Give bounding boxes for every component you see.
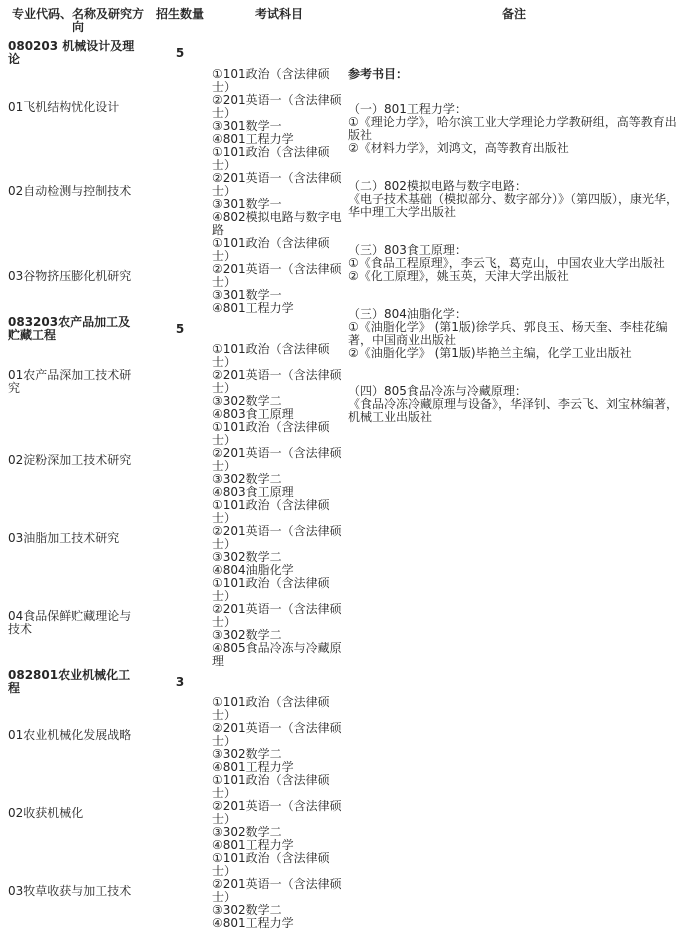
direction-enrollment-empty: [148, 68, 212, 146]
exam-subject: ①101政治（含法律硕士）: [212, 146, 346, 172]
section-enrollment-count: 3: [148, 668, 212, 696]
header-enrollment-column: 招生数量: [148, 8, 212, 38]
exam-subjects-cell: ①101政治（含法律硕士）②201英语一（含法律硕士）③302数学二④801工程…: [212, 852, 346, 930]
exam-subject: ④801工程力学: [212, 917, 346, 930]
reference-book-entry: ②《材料力学》，刘鸿文，高等教育出版社: [348, 142, 682, 155]
direction-name: 03油脂加工技术研究: [8, 499, 148, 577]
exam-subject: ②201英语一（含法律硕士）: [212, 800, 346, 826]
reference-book-entry: ①《理论力学》，哈尔滨工业大学理论力学教研组，高等教育出版社: [348, 116, 682, 142]
reference-book-block: （三）804油脂化学：①《油脂化学》 (第1版)徐学兵、郭良玉、杨天奎、李桂花编…: [348, 308, 682, 360]
header-row: 专业代码、名称及研究方向 招生数量 考试科目 备注: [8, 8, 682, 38]
exam-subject: ②201英语一（含法律硕士）: [212, 603, 346, 629]
exam-subject: ②201英语一（含法律硕士）: [212, 447, 346, 473]
section-enrollment-count: 5: [148, 38, 212, 68]
reference-book-block: （三）803食工原理：①《食品工程原理》，李云飞，葛克山，中国农业大学出版社②《…: [348, 244, 682, 283]
reference-book-entry: ②《油脂化学》 (第1版)毕艳兰主编，化学工业出版社: [348, 347, 682, 360]
direction-name: 01农产品深加工技术研究: [8, 343, 148, 421]
reference-books-title: 参考书目：: [348, 68, 682, 81]
exam-subject: ①101政治（含法律硕士）: [212, 852, 346, 878]
exam-subject: ①101政治（含法律硕士）: [212, 577, 346, 603]
exam-subject: ②201英语一（含法律硕士）: [212, 369, 346, 395]
exam-subjects-cell: ①101政治（含法律硕士）②201英语一（含法律硕士）③302数学二④803食工…: [212, 343, 346, 421]
exam-subject: ①101政治（含法律硕士）: [212, 696, 346, 722]
research-direction-row: 01飞机结构忧化设计 ①101政治（含法律硕士）②201英语一（含法律硕士）③3…: [8, 68, 682, 146]
section-subjects-empty: [212, 668, 346, 696]
section-subjects-empty: [212, 38, 346, 68]
direction-enrollment-empty: [148, 774, 212, 852]
reference-book-block: （二）802模拟电路与数字电路：《电子技术基础（模拟部分、数字部分）》（第四版）…: [348, 180, 682, 219]
reference-book-block: （一）801工程力学：①《理论力学》，哈尔滨工业大学理论力学教研组，高等教育出版…: [348, 103, 682, 155]
direction-enrollment-empty: [148, 499, 212, 577]
section-code-name: 080203 机械设计及理论: [8, 38, 148, 68]
table-body: 080203 机械设计及理论 5 01飞机结构忧化设计 ①101政治（含法律硕士…: [8, 38, 682, 930]
table-header: 专业代码、名称及研究方向 招生数量 考试科目 备注: [8, 8, 682, 38]
exam-subject: ②201英语一（含法律硕士）: [212, 525, 346, 551]
exam-subject: ①101政治（含法律硕士）: [212, 343, 346, 369]
exam-subject: ①101政治（含法律硕士）: [212, 421, 346, 447]
direction-enrollment-empty: [148, 852, 212, 930]
exam-subject: ②201英语一（含法律硕士）: [212, 722, 346, 748]
exam-subjects-cell: ①101政治（含法律硕士）②201英语一（含法律硕士）③301数学一④801工程…: [212, 237, 346, 315]
exam-subject: ②201英语一（含法律硕士）: [212, 263, 346, 289]
exam-subject: ①101政治（含法律硕士）: [212, 237, 346, 263]
direction-name: 03谷物挤压膨化机研究: [8, 237, 148, 315]
reference-book-entry: 《电子技术基础（模拟部分、数字部分）》（第四版），康光华，华中理工大学出版社: [348, 193, 682, 219]
direction-name: 01飞机结构忧化设计: [8, 68, 148, 146]
page: 专业代码、名称及研究方向 招生数量 考试科目 备注 080203 机械设计及理论…: [0, 0, 690, 930]
reference-book-block: （四）805食品冷冻与冷藏原理：《食品冷冻冷藏原理与设备》，华泽钊、李云飞、刘宝…: [348, 385, 682, 424]
remarks-cell: 参考书目：（一）801工程力学：①《理论力学》，哈尔滨工业大学理论力学教研组，高…: [346, 68, 682, 930]
exam-subject: ①101政治（含法律硕士）: [212, 774, 346, 800]
exam-subjects-cell: ①101政治（含法律硕士）②201英语一（含法律硕士）③302数学二④805食品…: [212, 577, 346, 668]
section-header-row: 080203 机械设计及理论 5: [8, 38, 682, 68]
header-major-column: 专业代码、名称及研究方向: [8, 8, 148, 38]
reference-book-entry: ②《化工原理》，姚玉英，天津大学出版社: [348, 270, 682, 283]
section-subjects-empty: [212, 315, 346, 343]
direction-name: 02收获机械化: [8, 774, 148, 852]
reference-book-entry: ①《油脂化学》 (第1版)徐学兵、郭良玉、杨天奎、李桂花编著，中国商业出版社: [348, 321, 682, 347]
exam-subjects-cell: ①101政治（含法律硕士）②201英语一（含法律硕士）③302数学二④804油脂…: [212, 499, 346, 577]
direction-enrollment-empty: [148, 577, 212, 668]
header-remarks-column: 备注: [346, 8, 682, 38]
direction-name: 02自动检测与控制技术: [8, 146, 148, 237]
exam-subjects-cell: ①101政治（含法律硕士）②201英语一（含法律硕士）③301数学一④802模拟…: [212, 146, 346, 237]
admissions-catalog-table: 专业代码、名称及研究方向 招生数量 考试科目 备注 080203 机械设计及理论…: [8, 8, 682, 930]
exam-subject: ④801工程力学: [212, 302, 346, 315]
exam-subject: ①101政治（含法律硕士）: [212, 499, 346, 525]
direction-enrollment-empty: [148, 696, 212, 774]
exam-subjects-cell: ①101政治（含法律硕士）②201英语一（含法律硕士）③301数学一④801工程…: [212, 68, 346, 146]
reference-book-entry: 《食品冷冻冷藏原理与设备》，华泽钊、李云飞、刘宝林编著，机械工业出版社: [348, 398, 682, 424]
remarks-empty-cell: [346, 38, 682, 68]
direction-enrollment-empty: [148, 237, 212, 315]
direction-name: 03牧草收获与加工技术: [8, 852, 148, 930]
exam-subject: ④802模拟电路与数字电路: [212, 211, 346, 237]
exam-subjects-cell: ①101政治（含法律硕士）②201英语一（含法律硕士）③302数学二④801工程…: [212, 696, 346, 774]
exam-subject: ④805食品冷冻与冷藏原理: [212, 642, 346, 668]
direction-enrollment-empty: [148, 146, 212, 237]
section-code-name: 082801农业机械化工程: [8, 668, 148, 696]
direction-name: 04食品保鲜贮藏理论与技术: [8, 577, 148, 668]
direction-name: 01农业机械化发展战略: [8, 696, 148, 774]
direction-enrollment-empty: [148, 343, 212, 421]
exam-subject: ①101政治（含法律硕士）: [212, 68, 346, 94]
exam-subject: ②201英语一（含法律硕士）: [212, 94, 346, 120]
direction-enrollment-empty: [148, 421, 212, 499]
exam-subject: ②201英语一（含法律硕士）: [212, 878, 346, 904]
exam-subjects-cell: ①101政治（含法律硕士）②201英语一（含法律硕士）③302数学二④801工程…: [212, 774, 346, 852]
header-subjects-column: 考试科目: [212, 8, 346, 38]
exam-subjects-cell: ①101政治（含法律硕士）②201英语一（含法律硕士）③302数学二④803食工…: [212, 421, 346, 499]
exam-subject: ②201英语一（含法律硕士）: [212, 172, 346, 198]
section-code-name: 083203农产品加工及贮藏工程: [8, 315, 148, 343]
direction-name: 02淀粉深加工技术研究: [8, 421, 148, 499]
section-enrollment-count: 5: [148, 315, 212, 343]
